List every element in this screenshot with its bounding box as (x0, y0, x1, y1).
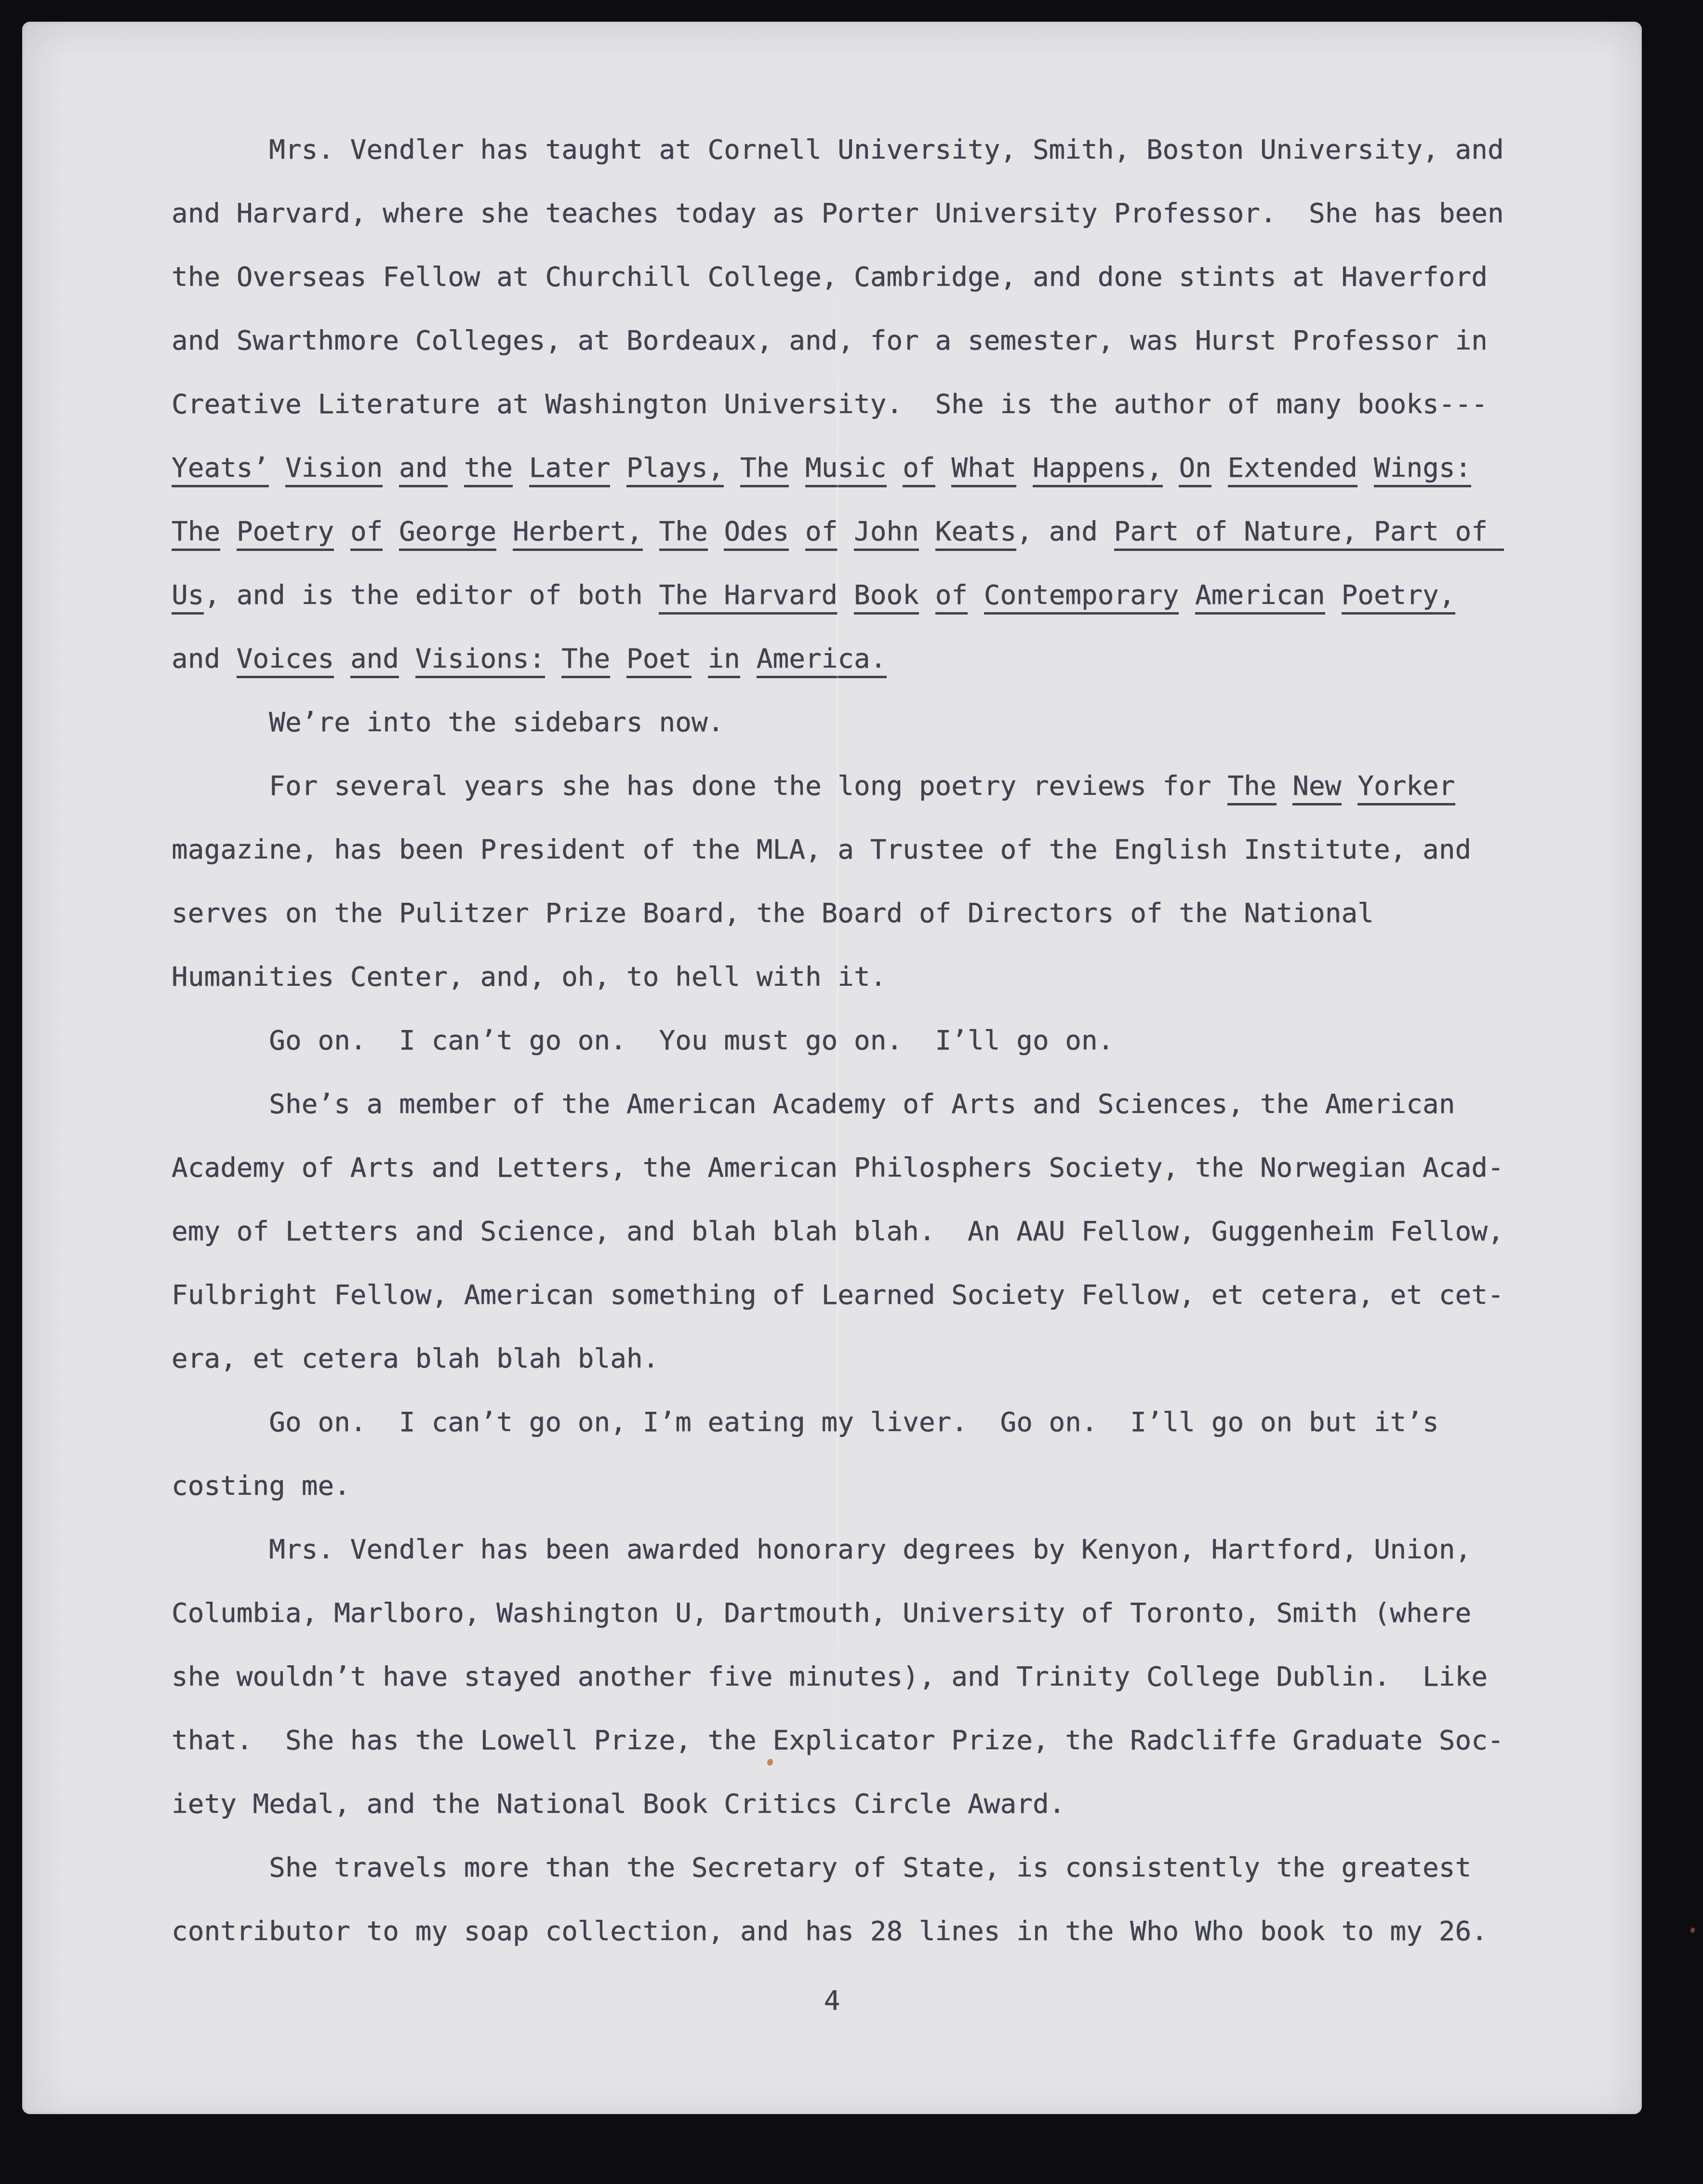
text-segment: Creative Literature at Washington Univer… (172, 389, 1488, 420)
text-line: magazine, has been President of the MLA,… (172, 818, 1504, 882)
text-line: Humanities Center, and, oh, to hell with… (172, 945, 1504, 1009)
text-segment: serves on the Pulitzer Prize Board, the … (172, 898, 1374, 929)
underlined-title-text: Later (529, 452, 611, 487)
text-segment (1211, 452, 1228, 483)
scanner-background: { "page": { "number": "4", "colors": { "… (0, 0, 1703, 2184)
underlined-title-text: the (464, 452, 513, 487)
underlined-title-text: Poetry (237, 516, 334, 551)
underlined-title-text: of (350, 516, 383, 551)
document-page: Mrs. Vendler has taught at Cornell Unive… (22, 22, 1642, 2114)
text-segment (383, 516, 399, 547)
underlined-title-text: The (659, 516, 708, 551)
text-line: Us, and is the editor of both The Harvar… (172, 563, 1504, 627)
text-segment: the Overseas Fellow at Churchill College… (172, 261, 1488, 293)
underlined-title-text: The (1227, 770, 1276, 805)
text-segment (496, 516, 513, 547)
underlined-title-text: and (350, 643, 399, 678)
text-segment (789, 452, 805, 483)
text-line: she wouldn’t have stayed another five mi… (172, 1645, 1504, 1709)
text-line: and Swarthmore Colleges, at Bordeaux, an… (172, 309, 1504, 373)
underlined-title-text: America. (757, 643, 887, 678)
underlined-title-text: Vision (285, 452, 383, 487)
underlined-title-text: and (399, 452, 448, 487)
text-segment (838, 516, 854, 547)
text-segment (724, 452, 740, 483)
underlined-title-text: of (935, 579, 968, 615)
underlined-title-text: What (951, 452, 1016, 487)
text-line: iety Medal, and the National Book Critic… (172, 1772, 1504, 1836)
text-segment: , and (1016, 516, 1114, 547)
text-segment: Mrs. Vendler has taught at Cornell Unive… (172, 134, 1504, 165)
underlined-title-text: George (399, 516, 496, 551)
underlined-title-text: in (708, 643, 740, 678)
text-line: Fulbright Fellow, American something of … (172, 1263, 1504, 1327)
underlined-title-text: Music (805, 452, 887, 487)
text-segment: that. She has the Lowell Prize, the Expl… (172, 1725, 1504, 1756)
text-segment (610, 452, 626, 483)
text-segment: Go on. I can’t go on. You must go on. I’… (172, 1025, 1114, 1056)
text-line: Mrs. Vendler has taught at Cornell Unive… (172, 118, 1504, 182)
text-segment (334, 643, 350, 674)
text-segment: magazine, has been President of the MLA,… (172, 834, 1471, 865)
underlined-title-text: of (805, 516, 838, 551)
underlined-title-text: Us (172, 579, 204, 615)
underlined-title-text: Poet (626, 643, 692, 678)
text-segment (1016, 452, 1033, 483)
text-line: emy of Letters and Science, and blah bla… (172, 1200, 1504, 1263)
underlined-title-text: The (740, 452, 789, 487)
text-segment: Fulbright Fellow, American something of … (172, 1279, 1504, 1311)
text-segment (887, 452, 903, 483)
text-line: that. She has the Lowell Prize, the Expl… (172, 1709, 1504, 1772)
text-line: the Overseas Fellow at Churchill College… (172, 245, 1504, 309)
ink-speck (1690, 1928, 1695, 1933)
underlined-title-text: Herbert, (513, 516, 643, 551)
underlined-title-text: Plays, (626, 452, 724, 487)
text-segment: era, et cetera blah blah blah. (172, 1343, 659, 1374)
underlined-title-text: New (1292, 770, 1341, 805)
underlined-title-text: The (172, 516, 220, 551)
text-line: We’re into the sidebars now. (172, 691, 1504, 754)
text-line: She’s a member of the American Academy o… (172, 1072, 1504, 1136)
text-segment (1163, 452, 1179, 483)
text-segment: contributor to my soap collection, and h… (172, 1916, 1488, 1947)
underlined-title-text: The Harvard (659, 579, 838, 615)
text-segment (643, 516, 659, 547)
text-segment: Humanities Center, and, oh, to hell with… (172, 961, 886, 992)
text-segment (1325, 579, 1342, 611)
underlined-title-text: Extended (1228, 452, 1358, 487)
text-segment: Columbia, Marlboro, Washington U, Dartmo… (172, 1597, 1471, 1629)
typewritten-text: Mrs. Vendler has taught at Cornell Unive… (172, 118, 1504, 1963)
text-segment (545, 643, 561, 674)
text-line: contributor to my soap collection, and h… (172, 1900, 1504, 1963)
text-segment: We’re into the sidebars now. (172, 707, 724, 738)
underlined-title-text: Poetry, (1342, 579, 1455, 615)
text-segment: For several years she has done the long … (172, 770, 1227, 802)
text-segment (399, 643, 415, 674)
text-segment (1277, 770, 1293, 802)
text-segment (692, 643, 708, 674)
underlined-title-text: John (854, 516, 919, 551)
text-segment (610, 643, 626, 674)
text-segment (708, 516, 724, 547)
text-line: She travels more than the Secretary of S… (172, 1836, 1504, 1900)
text-segment: and Swarthmore Colleges, at Bordeaux, an… (172, 325, 1488, 356)
underlined-title-text: Keats (935, 516, 1017, 551)
text-line: costing me. (172, 1454, 1504, 1518)
text-segment (968, 579, 984, 611)
text-segment: and Harvard, where she teaches today as … (172, 198, 1504, 229)
text-segment (269, 452, 285, 483)
underlined-title-text: Happens, (1033, 452, 1163, 487)
text-segment (513, 452, 529, 483)
text-segment (1357, 452, 1374, 483)
text-segment (789, 516, 805, 547)
text-line: and Harvard, where she teaches today as … (172, 182, 1504, 245)
text-segment (1342, 770, 1358, 802)
text-line: The Poetry of George Herbert, The Odes o… (172, 500, 1504, 563)
text-segment: She travels more than the Secretary of S… (172, 1852, 1471, 1883)
text-segment (740, 643, 757, 674)
text-segment: , and is the editor of both (204, 579, 659, 611)
text-line: Go on. I can’t go on. You must go on. I’… (172, 1009, 1504, 1072)
text-line: Columbia, Marlboro, Washington U, Dartmo… (172, 1581, 1504, 1645)
text-segment: Academy of Arts and Letters, the America… (172, 1152, 1504, 1183)
underlined-title-text: Visions: (415, 643, 545, 678)
text-segment: emy of Letters and Science, and blah bla… (172, 1216, 1504, 1247)
underlined-title-text: Book (854, 579, 919, 615)
text-segment (334, 516, 350, 547)
underlined-title-text: Contemporary (984, 579, 1179, 615)
underlined-title-text: Wings: (1374, 452, 1471, 487)
text-segment: she wouldn’t have stayed another five mi… (172, 1661, 1488, 1692)
text-segment: Go on. I can’t go on, I’m eating my live… (172, 1407, 1439, 1438)
text-segment: She’s a member of the American Academy o… (172, 1088, 1455, 1120)
text-segment: and (172, 643, 237, 674)
text-segment: iety Medal, and the National Book Critic… (172, 1788, 1065, 1820)
text-segment (448, 452, 464, 483)
underlined-title-text: On (1179, 452, 1211, 487)
text-segment: Mrs. Vendler has been awarded honorary d… (172, 1534, 1471, 1565)
underlined-title-text: Odes (724, 516, 789, 551)
underlined-title-text: The (561, 643, 610, 678)
underlined-title-text: American (1195, 579, 1325, 615)
underlined-title-text: Yorker (1357, 770, 1455, 805)
text-segment (838, 579, 854, 611)
text-segment (935, 452, 952, 483)
text-line: serves on the Pulitzer Prize Board, the … (172, 882, 1504, 945)
text-line: For several years she has done the long … (172, 754, 1504, 818)
text-line: Go on. I can’t go on, I’m eating my live… (172, 1391, 1504, 1454)
underlined-title-text: Yeats’ (172, 452, 269, 487)
text-segment: costing me. (172, 1470, 350, 1501)
text-line: Yeats’ Vision and the Later Plays, The M… (172, 436, 1504, 500)
text-line: era, et cetera blah blah blah. (172, 1327, 1504, 1391)
text-segment (919, 516, 935, 547)
text-segment (919, 579, 935, 611)
page-number: 4 (22, 1969, 1642, 2033)
text-line: Creative Literature at Washington Univer… (172, 373, 1504, 436)
text-line: Academy of Arts and Letters, the America… (172, 1136, 1504, 1200)
text-segment (383, 452, 399, 483)
underlined-title-text: Voices (237, 643, 334, 678)
underlined-title-text: Part of Nature, Part of (1114, 516, 1504, 551)
text-line: Mrs. Vendler has been awarded honorary d… (172, 1518, 1504, 1581)
underlined-title-text: of (903, 452, 935, 487)
text-line: and Voices and Visions: The Poet in Amer… (172, 627, 1504, 691)
text-segment (1179, 579, 1195, 611)
text-segment (220, 516, 237, 547)
